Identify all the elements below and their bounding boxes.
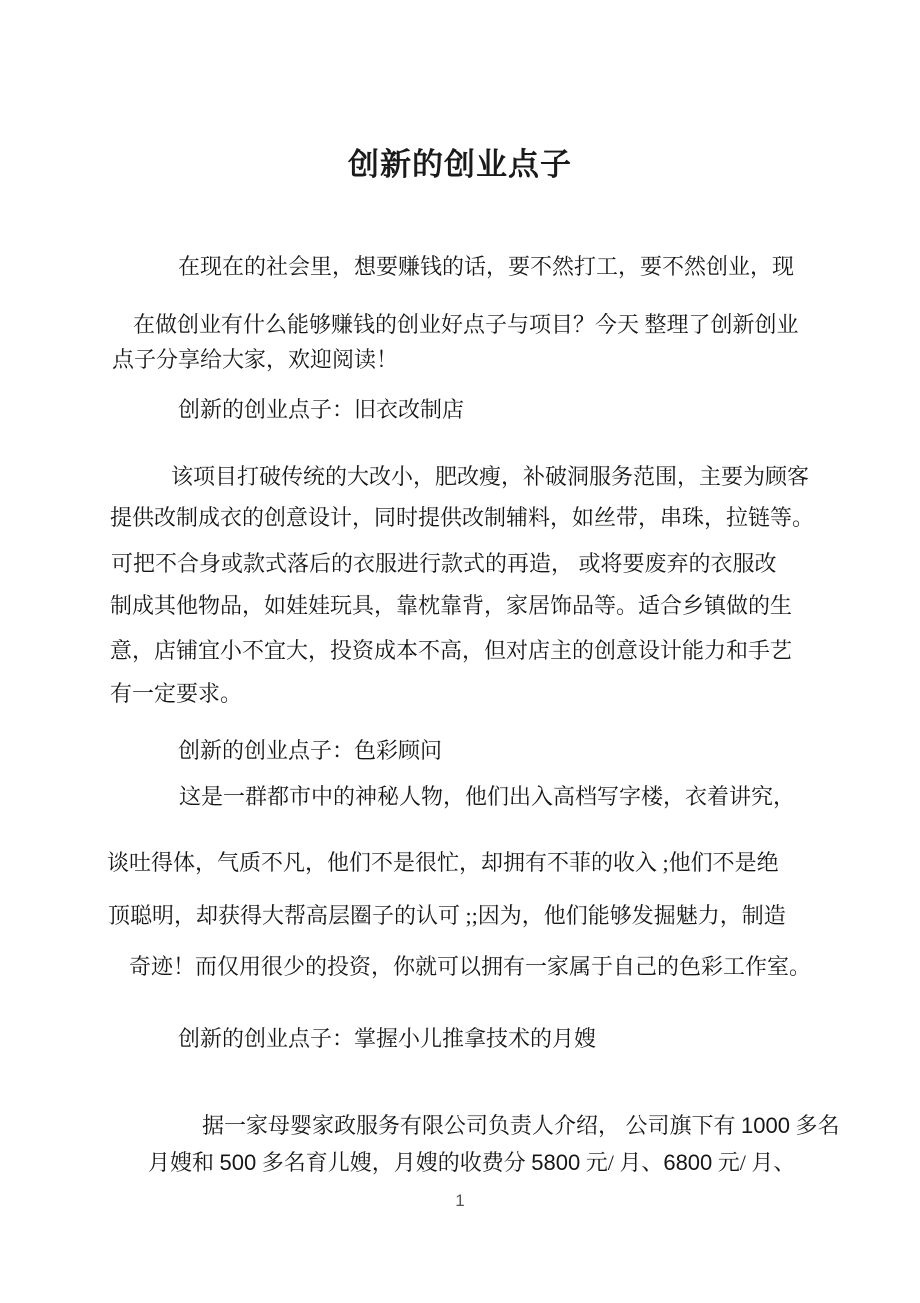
paragraph-line: 谈吐得体，气质不凡，他们不是很忙，却拥有不菲的收入 ;他们不是绝 (107, 848, 779, 878)
text-segment: 多名 (790, 1113, 840, 1138)
paragraph-line: 顶聪明，却获得大帮高层圈子的认可 ;;因为，他们能够发掘魅力，制造 (108, 901, 786, 931)
paragraph-line: 该项目打破传统的大改小，肥改瘦，补破洞服务范围，主要为顾客 (171, 462, 809, 492)
paragraph-line: 提供改制成衣的创意设计，同时提供改制辅料，如丝带，串珠，拉链等。 (110, 503, 814, 533)
document-page: 创新的创业点子 在现在的社会里，想要赚钱的话，要不然打工，要不然创业，现 在做创… (0, 0, 920, 1303)
paragraph-line: 奇迹！而仅用很少的投资，你就可以拥有一家属于自己的色彩工作室。 (129, 952, 811, 982)
section-heading: 创新的创业点子：掌握小儿推拿技术的月嫂 (178, 1024, 596, 1054)
section-heading: 创新的创业点子：旧衣改制店 (178, 395, 464, 425)
page-number: 1 (0, 1191, 920, 1211)
paragraph-line: 意，店铺宜小不宜大，投资成本不高，但对店主的创意设计能力和手艺 (110, 636, 792, 666)
number-segment: 500 (220, 1150, 257, 1175)
paragraph-line: 点子分享给大家，欢迎阅读！ (112, 345, 398, 375)
paragraph-line: 可把不合身或款式落后的衣服进行款式的再造， 或将要废弃的衣服改 (111, 549, 777, 579)
text-segment: 元/ 月、 (580, 1150, 663, 1175)
number-segment: 5800 (531, 1150, 580, 1175)
paragraph-line: 在做创业有什么能够赚钱的创业好点子与项目？今天 整理了创新创业 (133, 310, 799, 340)
text-segment: 元/ 月、 (712, 1150, 795, 1175)
paragraph-line: 在现在的社会里，想要赚钱的话，要不然打工，要不然创业，现 (178, 252, 794, 282)
number-segment: 6800 (663, 1150, 712, 1175)
section-heading: 创新的创业点子：色彩顾问 (178, 736, 442, 766)
text-segment: 月嫂和 (148, 1150, 220, 1175)
document-title: 创新的创业点子 (0, 139, 920, 184)
paragraph-line: 制成其他物品，如娃娃玩具，靠枕靠背，家居饰品等。适合乡镇做的生 (110, 591, 792, 621)
text-segment: 多名育儿嫂，月嫂的收费分 (256, 1150, 531, 1175)
paragraph-line: 这是一群都市中的神秘人物，他们出入高档写字楼，衣着讲究， (179, 782, 795, 812)
paragraph-line: 有一定要求。 (110, 679, 242, 709)
